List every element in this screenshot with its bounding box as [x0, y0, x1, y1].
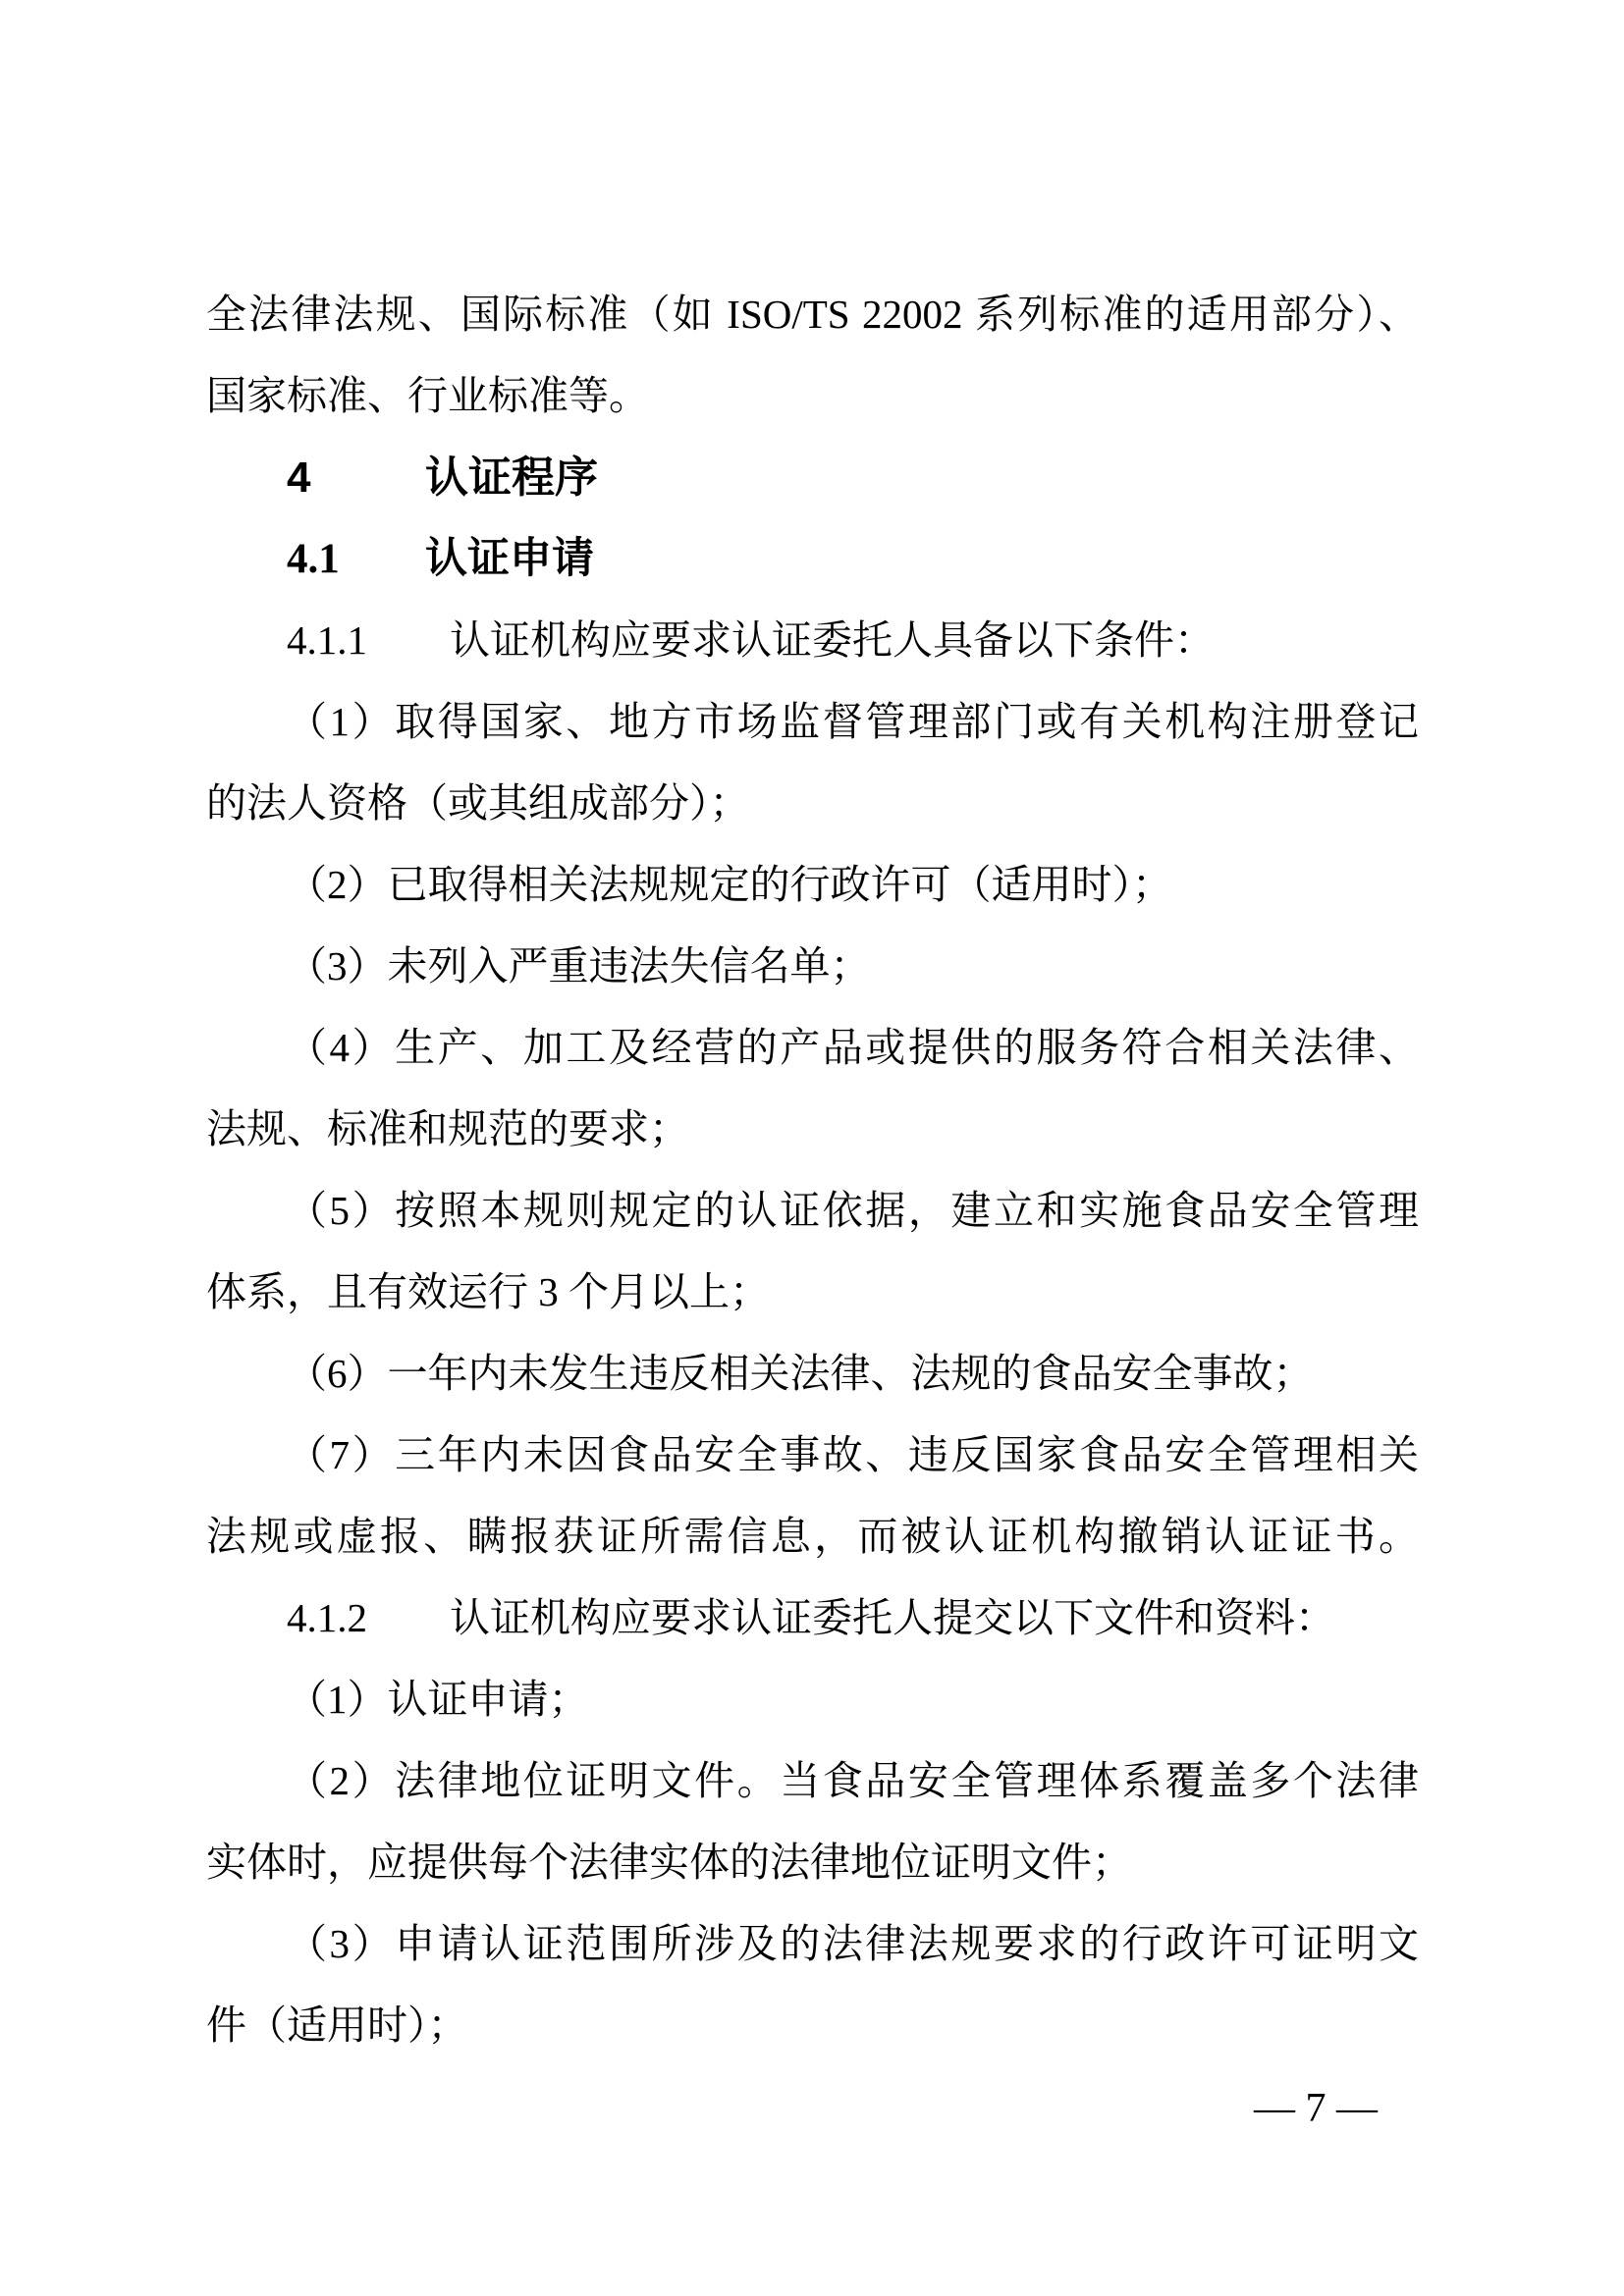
doc-item-2-line-2: 实体时，应提供每个法律实体的法律地位证明文件； — [206, 1822, 1419, 1903]
clause-number: 4.1.1 — [287, 600, 450, 681]
item-1-line-1: （1）取得国家、地方市场监督管理部门或有关机构注册登记 — [206, 681, 1419, 763]
body-line-standards-2: 国家标准、行业标准等。 — [206, 355, 1419, 437]
doc-item-3-line-2: 件（适用时）； — [206, 1985, 1419, 2066]
document-text-block: 全法律法规、国际标准（如 ISO/TS 22002 系列标准的适用部分）、 国家… — [206, 274, 1419, 2066]
section-heading-cert-procedure: 4认证程序 — [206, 437, 1419, 518]
item-7-line-2: 法规或虚报、瞒报获证所需信息，而被认证机构撤销认证证书。 — [206, 1496, 1419, 1577]
item-1-line-2: 的法人资格（或其组成部分）； — [206, 763, 1419, 844]
section-heading-text: 认证程序 — [425, 454, 598, 502]
subsection-number: 4.1 — [287, 518, 425, 600]
body-line-standards-1: 全法律法规、国际标准（如 ISO/TS 22002 系列标准的适用部分）、 — [206, 274, 1419, 355]
subsection-heading-text: 认证申请 — [425, 536, 594, 582]
item-4-line-1: （4）生产、加工及经营的产品或提供的服务符合相关法律、 — [206, 1007, 1419, 1089]
clause-4-1-2: 4.1.2认证机构应要求认证委托人提交以下文件和资料： — [206, 1577, 1419, 1659]
item-7-line-1: （7）三年内未因食品安全事故、违反国家食品安全管理相关 — [206, 1415, 1419, 1496]
item-5-line-2: 体系，且有效运行 3 个月以上； — [206, 1252, 1419, 1333]
clause-4-1-1: 4.1.1认证机构应要求认证委托人具备以下条件： — [206, 600, 1419, 681]
item-6: （6）一年内未发生违反相关法律、法规的食品安全事故； — [206, 1333, 1419, 1415]
subsection-heading-cert-application: 4.1认证申请 — [206, 518, 1419, 600]
clause-number: 4.1.2 — [287, 1577, 450, 1659]
item-5-line-1: （5）按照本规则规定的认证依据，建立和实施食品安全管理 — [206, 1170, 1419, 1252]
page-number: — 7 — — [1254, 2079, 1378, 2138]
item-3: （3）未列入严重违法失信名单； — [206, 926, 1419, 1007]
doc-item-1: （1）认证申请； — [206, 1659, 1419, 1740]
clause-text: 认证机构应要求认证委托人具备以下条件： — [450, 617, 1215, 663]
section-number: 4 — [287, 437, 425, 518]
item-4-line-2: 法规、标准和规范的要求； — [206, 1089, 1419, 1170]
clause-text: 认证机构应要求认证委托人提交以下文件和资料： — [450, 1595, 1335, 1640]
doc-item-2-line-1: （2）法律地位证明文件。当食品安全管理体系覆盖多个法律 — [206, 1740, 1419, 1822]
doc-item-3-line-1: （3）申请认证范围所涉及的法律法规要求的行政许可证明文 — [206, 1903, 1419, 1985]
item-2: （2）已取得相关法规规定的行政许可（适用时）； — [206, 844, 1419, 926]
document-page: 全法律法规、国际标准（如 ISO/TS 22002 系列标准的适用部分）、 国家… — [0, 0, 1624, 2296]
